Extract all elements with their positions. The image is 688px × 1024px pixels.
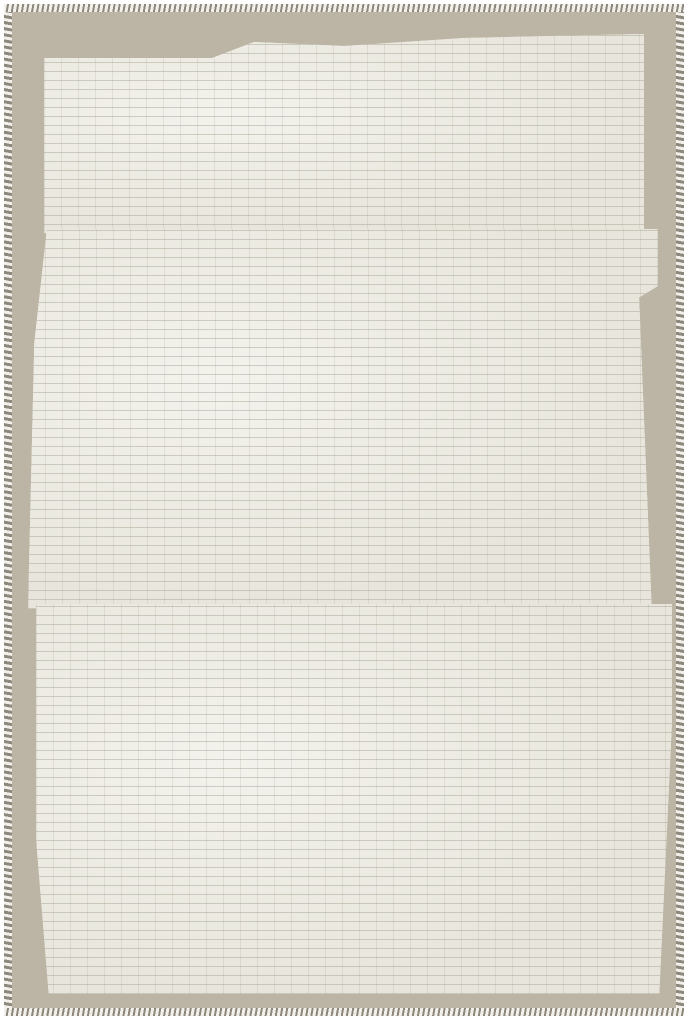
bottom-edge-stitching [4,1008,684,1016]
pile-area-middle [28,229,658,609]
right-edge-stitching [676,12,684,1008]
rug [4,4,684,1016]
pile-area-top [44,34,644,234]
pile-area-bottom [36,604,672,994]
top-edge-stitching [4,4,684,12]
left-edge-stitching [4,12,12,1008]
